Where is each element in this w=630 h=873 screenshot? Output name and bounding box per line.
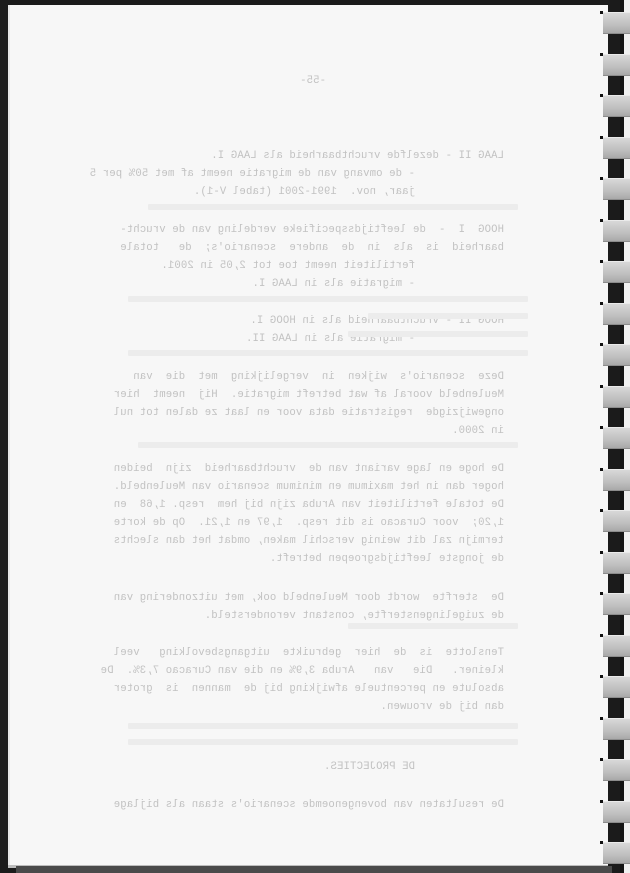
punch-hole xyxy=(600,717,603,720)
punch-hole xyxy=(600,260,603,263)
text-line: in 2000. xyxy=(452,425,504,437)
text-line: De hoge en lage variant van de vruchtbaa… xyxy=(114,463,504,475)
text-line: de zuigelingensterfte, constant veronder… xyxy=(205,610,504,622)
punch-hole xyxy=(600,800,603,803)
punch-hole xyxy=(600,385,603,388)
text-line: kleiner. Die van Aruba 3,9% en die van C… xyxy=(101,665,504,677)
section-heading: DE PROJECTIES. xyxy=(324,761,415,773)
binding-coil xyxy=(603,178,630,200)
text-line: Meulenbeld vooral af wat betreft migrati… xyxy=(114,389,504,401)
text-line: HOOG I - de leeftijdsspecifieke verdelin… xyxy=(120,224,504,236)
ghost-text xyxy=(368,313,528,319)
text-line: LAAG II - dezelfde vruchtbaarheid als LA… xyxy=(211,150,504,162)
page-number: -55- xyxy=(300,75,326,87)
text-line: fertiliteit neemt toe tot 2,05 in 2001. xyxy=(161,260,415,272)
binding-coil xyxy=(603,137,630,159)
punch-hole xyxy=(600,302,603,305)
ghost-text xyxy=(128,350,528,356)
text-line: dan bij de vrouwen. xyxy=(380,701,504,713)
text-line: Deze scenario's wijken in vergelijking m… xyxy=(133,371,504,383)
punch-hole xyxy=(600,758,603,761)
punch-hole xyxy=(600,509,603,512)
page-edge-shadow xyxy=(16,866,612,873)
binding-coil xyxy=(603,386,630,408)
binding-coil xyxy=(603,95,630,117)
text-line: - migratie als in LAAG I. xyxy=(252,278,415,290)
binding-coil xyxy=(603,427,630,449)
ghost-text xyxy=(128,296,528,302)
text-line: 1,20; voor Curacao is dit resp. 1,97 en … xyxy=(114,517,504,529)
punch-hole xyxy=(600,177,603,180)
punch-hole xyxy=(600,675,603,678)
binding-coil xyxy=(603,593,630,615)
document-page: -55- LAAG II - dezelfde vruchtbaarheid a… xyxy=(8,5,608,868)
binding-coil xyxy=(603,510,630,532)
binding-coil xyxy=(603,12,630,34)
punch-hole xyxy=(600,592,603,595)
text-line: ongewijzigde registratie data voor en la… xyxy=(114,407,504,419)
binding-coil xyxy=(603,54,630,76)
punch-hole xyxy=(600,426,603,429)
binding-coil xyxy=(603,801,630,823)
punch-hole xyxy=(600,94,603,97)
punch-hole xyxy=(600,219,603,222)
text-line: - de omvang van de migratie neemt af met… xyxy=(90,168,415,180)
binding-coil xyxy=(603,303,630,325)
text-line: De resultaten van bovengenoemde scenario… xyxy=(114,799,504,811)
ghost-text xyxy=(138,442,518,448)
binding-coil xyxy=(603,261,630,283)
punch-hole xyxy=(600,11,603,14)
binding-coil xyxy=(603,718,630,740)
ghost-text xyxy=(348,331,528,337)
punch-hole xyxy=(600,136,603,139)
text-line: De totale fertiliteit van Aruba zijn bij… xyxy=(114,499,504,511)
punch-hole xyxy=(600,634,603,637)
text-line: baarheid is als in de andere scenario's;… xyxy=(120,242,504,254)
punch-hole xyxy=(600,841,603,844)
ghost-text xyxy=(128,739,518,745)
text-line: termijn zal dit weinig verschil maken, o… xyxy=(114,535,504,547)
text-line: absolute en percentuele afwijking bij de… xyxy=(114,683,504,695)
punch-hole xyxy=(600,468,603,471)
punch-hole xyxy=(600,551,603,554)
binding-coil xyxy=(603,842,630,864)
ghost-text xyxy=(148,204,518,210)
binding-coil xyxy=(603,635,630,657)
text-line: De sterfte wordt door Meulenbeld ook, me… xyxy=(114,592,504,604)
text-line: jaar, nov. 1991-2001 (tabel V-1). xyxy=(194,186,415,198)
binding-coil xyxy=(603,676,630,698)
binding-coil xyxy=(603,759,630,781)
ghost-text xyxy=(128,723,518,729)
ghost-text xyxy=(348,623,518,629)
text-line: Tenslotte is de hier gebruikte uitgangsb… xyxy=(114,647,504,659)
text-line: de jongste leeftijdsgroepen betreft. xyxy=(270,553,504,565)
text-line: hoger dan in het maximum en minimum scen… xyxy=(114,481,504,493)
spiral-binding xyxy=(600,0,630,873)
binding-coil xyxy=(603,344,630,366)
punch-hole xyxy=(600,53,603,56)
binding-coil xyxy=(603,469,630,491)
punch-hole xyxy=(600,343,603,346)
binding-coil xyxy=(603,552,630,574)
binding-coil xyxy=(603,220,630,242)
